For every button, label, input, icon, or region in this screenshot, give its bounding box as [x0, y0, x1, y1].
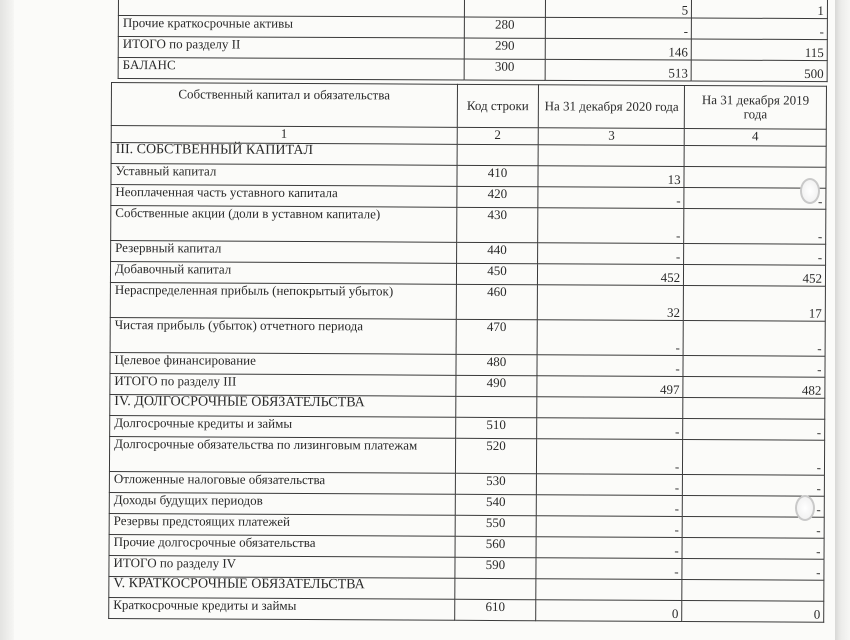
- value-2020: 5: [546, 0, 692, 18]
- page-right-edge: [835, 0, 850, 640]
- value-2019: -: [683, 321, 825, 357]
- value-2019: [683, 397, 825, 419]
- value-2019: -: [682, 537, 824, 559]
- value-2020: -: [537, 495, 683, 517]
- value-2020: [536, 579, 682, 601]
- column-number: 2: [457, 127, 539, 144]
- row-code: [464, 0, 546, 17]
- row-label: Собственные акции (доли в уставном капит…: [111, 206, 457, 243]
- row-code: 520: [455, 438, 537, 473]
- value-2019: -: [683, 474, 825, 496]
- row-code: 300: [464, 59, 546, 80]
- value-2020: 452: [538, 264, 684, 286]
- row-code: 460: [456, 284, 538, 319]
- page-left-shadow: [0, 0, 14, 640]
- punch-hole: [795, 495, 815, 521]
- value-2020: 0: [536, 600, 682, 622]
- row-label: Прочие краткосрочные активы: [118, 16, 464, 39]
- value-2019: [682, 579, 824, 601]
- value-2019: -: [684, 244, 826, 266]
- row-code: 480: [455, 354, 537, 375]
- value-2020: 13: [538, 166, 684, 188]
- row-code: 530: [455, 473, 537, 494]
- value-2019: 115: [691, 39, 827, 61]
- value-2019: 1: [692, 0, 828, 19]
- value-2019: 452: [684, 265, 826, 287]
- row-code: 560: [455, 536, 537, 557]
- punch-hole: [800, 178, 820, 204]
- table-row: Долгосрочные обязательства по лизинговым…: [109, 436, 824, 475]
- value-2019: [684, 146, 826, 168]
- row-code: [455, 396, 537, 417]
- row-code: 420: [456, 186, 538, 207]
- value-2020: [537, 397, 683, 419]
- value-2020: -: [537, 516, 683, 538]
- value-2020: -: [536, 558, 682, 580]
- table-row: БАЛАНС300513500: [118, 58, 827, 82]
- row-label: Резервы предстоящих платежей: [109, 513, 455, 536]
- value-2019: 17: [683, 286, 825, 322]
- value-2020: 146: [546, 38, 692, 60]
- value-2019: -: [684, 209, 826, 245]
- column-number: 3: [539, 128, 685, 146]
- row-label: Уставный капитал: [111, 164, 457, 187]
- row-code: 450: [456, 263, 538, 284]
- header-2019: На 31 декабря 2019 года: [684, 86, 826, 130]
- row-label: Прочие долгосрочные обязательства: [109, 534, 455, 557]
- header-2020: На 31 декабря 2020 года: [539, 85, 685, 129]
- row-label: Долгосрочные кредиты и займы: [110, 415, 456, 438]
- row-label: Добавочный капитал: [110, 262, 456, 285]
- header-name: Собственный капитал и обязательства: [111, 83, 457, 128]
- row-code: 290: [464, 38, 546, 59]
- value-2020: -: [538, 187, 684, 209]
- row-label: Резервный капитал: [111, 241, 457, 264]
- row-code: 550: [455, 515, 537, 536]
- row-label: Целевое финансирование: [110, 352, 456, 375]
- row-code: 410: [456, 165, 538, 186]
- row-code: [454, 578, 536, 599]
- equity-liabilities-table: Собственный капитал и обязательства Код …: [108, 82, 827, 623]
- row-label: ИТОГО по разделу IV: [109, 555, 455, 578]
- row-code: 610: [454, 599, 536, 620]
- row-code: 510: [455, 417, 537, 438]
- value-2020: -: [537, 320, 683, 356]
- row-code: [457, 144, 539, 165]
- row-label: Краткосрочные кредиты и займы: [109, 597, 455, 620]
- value-2020: 32: [538, 285, 684, 321]
- table-row: Чистая прибыль (убыток) отчетного период…: [110, 317, 825, 356]
- row-label: Отложенные налоговые обязательства: [109, 471, 455, 494]
- value-2019: -: [682, 558, 824, 580]
- value-2020: -: [538, 243, 684, 265]
- row-label: Доходы будущих периодов: [109, 492, 455, 515]
- table-header-row: Собственный капитал и обязательства Код …: [111, 83, 826, 130]
- row-code: 280: [464, 17, 546, 38]
- row-label: БАЛАНС: [118, 58, 464, 81]
- row-code: 430: [456, 207, 538, 242]
- value-2019: -: [691, 18, 827, 40]
- row-code: 490: [455, 375, 537, 396]
- row-code: 440: [456, 242, 538, 263]
- value-2020: [538, 145, 684, 167]
- row-label: III. СОБСТВЕННЫЙ КАПИТАЛ: [111, 143, 457, 166]
- row-label: IV. ДОЛГОСРОЧНЫЕ ОБЯЗАТЕЛЬСТВА: [110, 394, 456, 417]
- value-2020: -: [536, 537, 682, 559]
- row-code: 470: [456, 319, 538, 354]
- value-2019: -: [683, 418, 825, 440]
- row-code: 590: [454, 557, 536, 578]
- row-code: 540: [455, 494, 537, 515]
- value-2019: -: [683, 356, 825, 378]
- row-label: V. КРАТКОСРОЧНЫЕ ОБЯЗАТЕЛЬСТВА: [109, 576, 455, 599]
- column-number: 4: [684, 129, 826, 147]
- value-2020: 497: [537, 376, 683, 398]
- value-2020: -: [546, 17, 692, 39]
- row-label: Нераспределенная прибыль (непокрытый убы…: [110, 282, 456, 319]
- assets-table-fragment: 51Прочие краткосрочные активы280--ИТОГО …: [118, 0, 828, 82]
- value-2020: -: [537, 439, 683, 475]
- value-2019: -: [683, 439, 825, 475]
- value-2020: -: [537, 418, 683, 440]
- table-row: Нераспределенная прибыль (непокрытый убы…: [110, 282, 825, 321]
- value-2020: 513: [546, 59, 692, 81]
- row-label: ИТОГО по разделу III: [110, 373, 456, 396]
- row-label: ИТОГО по разделу II: [118, 37, 464, 60]
- value-2020: -: [537, 474, 683, 496]
- table-row: Краткосрочные кредиты и займы61000: [109, 597, 824, 622]
- value-2020: -: [538, 208, 684, 244]
- value-2019: 500: [691, 60, 827, 82]
- row-label: Чистая прибыль (убыток) отчетного период…: [110, 317, 456, 354]
- row-label: Неоплаченная часть уставного капитала: [111, 185, 457, 208]
- header-code: Код строки: [457, 84, 539, 127]
- value-2019: 0: [682, 600, 824, 622]
- value-2020: -: [537, 355, 683, 377]
- value-2019: 482: [683, 376, 825, 398]
- table-row: Собственные акции (доли в уставном капит…: [111, 206, 826, 245]
- row-label: Долгосрочные обязательства по лизинговым…: [109, 436, 455, 473]
